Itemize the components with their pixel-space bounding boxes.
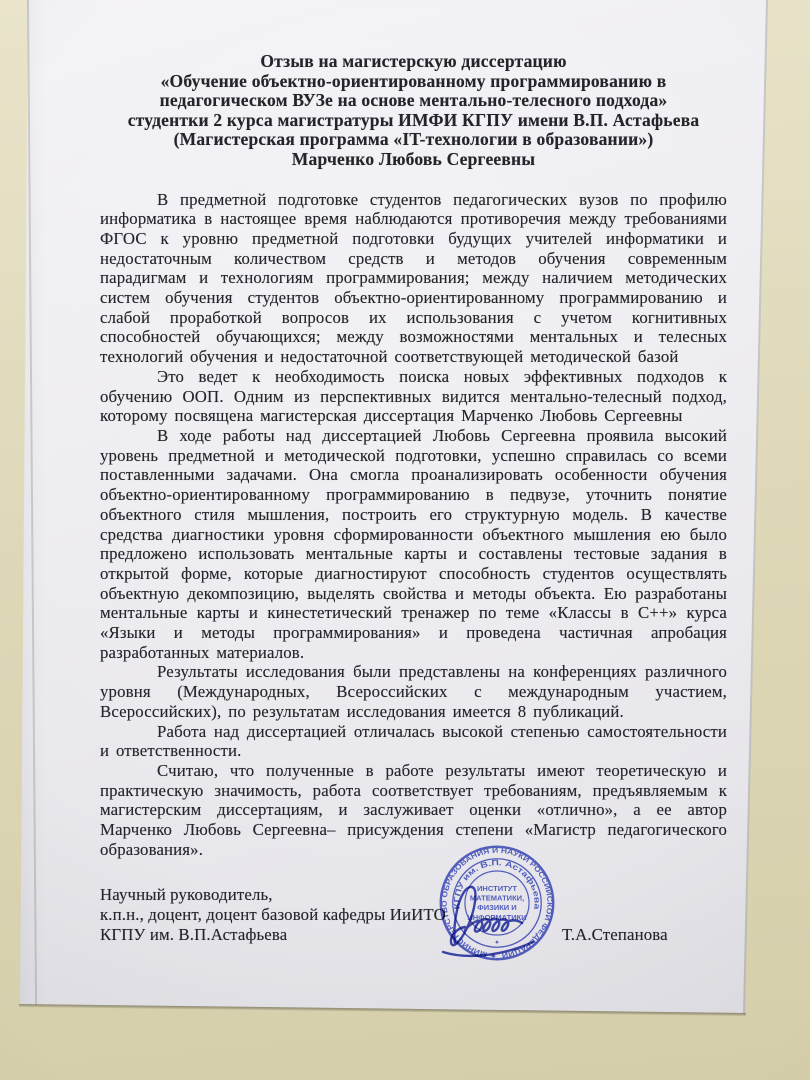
title-line: Марченко Любовь Сергеевны [100, 150, 727, 170]
title-line: (Магистерская программа «IT-технологии в… [100, 130, 727, 150]
supervisor-university-line: КГПУ им. В.П.Астафьева [100, 925, 287, 944]
paragraph: В предметной подготовке студентов педаго… [100, 190, 727, 367]
signer-name: Т.А.Степанова [562, 925, 668, 945]
document-title: Отзыв на магистерскую диссертацию «Обуче… [100, 52, 727, 170]
document-content: Отзыв на магистерскую диссертацию «Обуче… [100, 0, 727, 945]
signature-row: КГПУ им. В.П.Астафьева Т.А.Степанова [100, 925, 727, 945]
paragraph: Считаю, что полученные в работе результа… [100, 761, 727, 860]
paragraph: Результаты исследования были представлен… [100, 662, 727, 721]
supervisor-degree-line: к.п.н., доцент, доцент базовой кафедры И… [100, 905, 727, 925]
title-line: педагогическом ВУЗе на основе ментально-… [100, 91, 727, 111]
title-line: студентки 2 курса магистратуры ИМФИ КГПУ… [100, 111, 727, 131]
paragraph: Работа над диссертацией отличалась высок… [100, 722, 727, 761]
paper-sheet: Отзыв на магистерскую диссертацию «Обуче… [0, 0, 810, 1080]
document-body: В предметной подготовке студентов педаго… [100, 190, 727, 860]
supervisor-role-line: Научный руководитель, [100, 885, 727, 905]
paragraph: В ходе работы над диссертацией Любовь Се… [100, 426, 727, 662]
paragraph: Это ведет к необходимость поиска новых э… [100, 367, 727, 426]
handwritten-signature-icon [425, 872, 575, 962]
title-line: «Обучение объектно-ориентированному прог… [100, 72, 727, 92]
title-line: Отзыв на магистерскую диссертацию [100, 52, 727, 72]
signature-block: Научный руководитель, к.п.н., доцент, до… [100, 885, 727, 945]
